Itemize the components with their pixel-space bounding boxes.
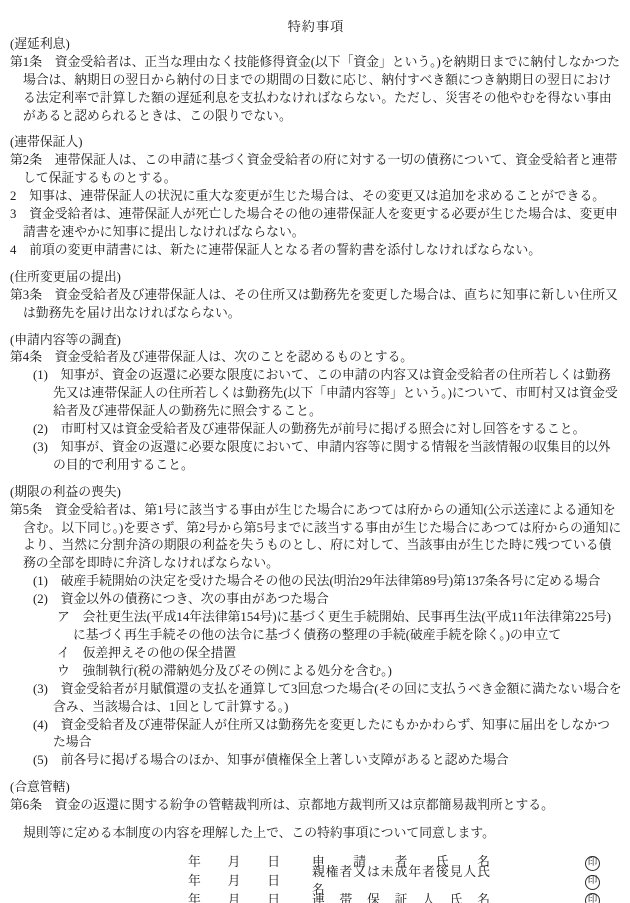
consent-statement: 規則等に定める本制度の内容を理解した上で、この特約事項について同意します。 (10, 825, 622, 843)
article-5-item-2: (2) 資金以外の債務につき、次の事由があつた場合 (10, 591, 622, 609)
section-heading: (連帯保証人) (10, 134, 622, 152)
article-5-item-2-sub-u: ウ 強制執行(税の滞納処分及びその例による処分を含む。) (10, 663, 622, 681)
section-forfeiture-of-benefit: (期限の利益の喪失) 第5条 資金受給者は、第1号に該当する事由が生じた場合にあ… (10, 484, 622, 771)
article-5-item-2-sub-i: イ 仮差押えその他の保全措置 (10, 645, 622, 663)
seal-stamp-icon: 印 (585, 875, 600, 890)
article-5-item-2-sub-a: ア 会社更生法(平成14年法律第154号)に基づく更生手続開始、民事再生法(平成… (10, 609, 622, 645)
article-4-item-2: (2) 市町村又は資金受給者及び連帯保証人の勤務先が前号に掲げる照会に対し回答を… (10, 421, 622, 439)
article-5-item-5: (5) 前各号に掲げる場合のほか、知事が債権保全上著しい支障があると認めた場合 (10, 752, 622, 770)
signature-row-guarantor: 年月日 連帯保証人氏名 印 (188, 892, 622, 903)
section-joint-guarantor: (連帯保証人) 第2条 連帯保証人は、この申請に基づく資金受給者の府に対する一切… (10, 134, 622, 259)
article-2-para-4: 4 前項の変更申請書には、新たに連帯保証人となる者の誓約書を添付しなければならな… (10, 242, 622, 260)
signature-row-guardian: 年月日 親権者又は未成年者後見人氏名 印 (188, 873, 622, 892)
section-delay-interest: (遅延利息) 第1条 資金受給者は、正当な理由なく技能修得資金(以下「資金」とい… (10, 36, 622, 126)
seal-stamp-icon: 印 (585, 893, 600, 903)
article-5-item-1: (1) 破産手続開始の決定を受けた場合その他の民法(明治29年法律第89号)第1… (10, 573, 622, 591)
article-5: 第5条 資金受給者は、第1号に該当する事由が生じた場合にあつては府からの通知(公… (10, 502, 622, 574)
article-4-item-1: (1) 知事が、資金の返還に必要な限度において、この申請の内容又は資金受給者の住… (10, 367, 622, 421)
article-4-item-3: (3) 知事が、資金の返還に必要な限度において、申請内容等に関する情報を当該情報… (10, 439, 622, 475)
section-heading: (期限の利益の喪失) (10, 484, 622, 502)
date-fields: 年月日 (188, 892, 280, 903)
article-4: 第4条 資金受給者及び連帯保証人は、次のことを認めるものとする。 (10, 349, 622, 367)
signature-block: 年月日 申請者氏名 印 年月日 親権者又は未成年者後見人氏名 印 年月日 連帯保… (10, 854, 622, 903)
section-agreed-jurisdiction: (合意管轄) 第6条 資金の返還に関する紛争の管轄裁判所は、京都地方裁判所又は京… (10, 779, 622, 815)
date-fields: 年月日 (188, 854, 280, 872)
section-heading: (遅延利息) (10, 36, 622, 54)
page-title: 特約事項 (10, 18, 622, 36)
section-heading: (住所変更届の提出) (10, 269, 622, 287)
section-application-inquiry: (申請内容等の調査) 第4条 資金受給者及び連帯保証人は、次のことを認めるものと… (10, 332, 622, 475)
article-6: 第6条 資金の返還に関する紛争の管轄裁判所は、京都地方裁判所又は京都簡易裁判所と… (10, 797, 622, 815)
document-page: 特約事項 (遅延利息) 第1条 資金受給者は、正当な理由なく技能修得資金(以下「… (0, 0, 630, 903)
guarantor-name-label: 連帯保証人氏名 (312, 892, 490, 903)
article-3: 第3条 資金受給者及び連帯保証人は、その住所又は勤務先を変更した場合は、直ちに知… (10, 287, 622, 323)
date-fields: 年月日 (188, 873, 280, 891)
section-address-change: (住所変更届の提出) 第3条 資金受給者及び連帯保証人は、その住所又は勤務先を変… (10, 269, 622, 323)
article-5-item-4: (4) 資金受給者及び連帯保証人が住所又は勤務先を変更したにもかかわらず、知事に… (10, 717, 622, 753)
article-5-item-3: (3) 資金受給者が月賦償還の支払を通算して3回怠つた場合(その回に支払うべき金… (10, 681, 622, 717)
article-2-para-3: 3 資金受給者は、連帯保証人が死亡した場合その他の連帯保証人を変更する必要が生じ… (10, 206, 622, 242)
article-2-para-2: 2 知事は、連帯保証人の状況に重大な変更が生じた場合は、その変更又は追加を求める… (10, 188, 622, 206)
section-heading: (合意管轄) (10, 779, 622, 797)
section-heading: (申請内容等の調査) (10, 332, 622, 350)
article-1: 第1条 資金受給者は、正当な理由なく技能修得資金(以下「資金」という。)を納期日… (10, 54, 622, 126)
seal-stamp-icon: 印 (585, 856, 600, 871)
article-2: 第2条 連帯保証人は、この申請に基づく資金受給者の府に対する一切の債務について、… (10, 152, 622, 188)
